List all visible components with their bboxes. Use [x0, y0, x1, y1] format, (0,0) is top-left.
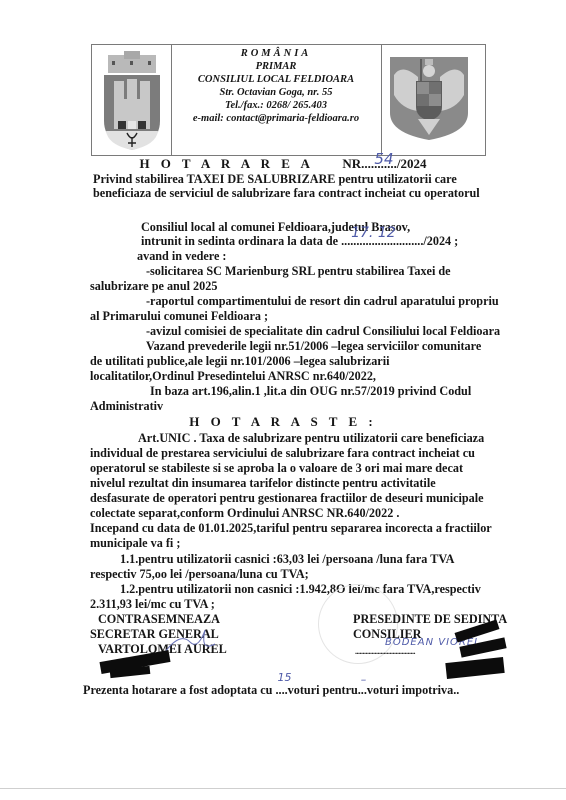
country-name: ROMÂNIA	[172, 47, 380, 60]
letterhead-text: ROMÂNIA PRIMAR CONSILIUL LOCAL FELDIOARA…	[172, 47, 380, 125]
preamble-line-4: -solicitarea SC Marienburg SRL pentru st…	[146, 264, 451, 278]
phone: Tel./fax.: 0268/ 265.403	[172, 99, 380, 112]
adoption-text-mid: ....voturi pentru	[275, 683, 357, 697]
resolution-line-6: colectate separat,conform Ordinului ANRS…	[90, 506, 399, 520]
resolution-line-12: 2.311,93 lei/mc cu TVA ;	[90, 597, 215, 611]
votes-against-handwritten: –	[361, 673, 367, 687]
preamble-line-7: al Primarului comunei Feldioara ;	[90, 309, 268, 323]
adoption-text-prefix: Prezenta hotarare a fost adoptata cu	[83, 683, 275, 697]
resolution-line-5: desfasurate de operatori pentru gestiona…	[90, 491, 484, 505]
decision-title: H O T A R A R E A NR......54...../2024	[0, 156, 566, 172]
preamble-line-10: de utilitati publice,ale legii nr.101/20…	[90, 354, 390, 368]
resolution-heading: H O T A R A S T E :	[0, 414, 566, 430]
document-page: ROMÂNIA PRIMAR CONSILIUL LOCAL FELDIOARA…	[0, 0, 566, 800]
president-signature-line: ........................................	[355, 645, 415, 659]
redaction-mark	[445, 657, 504, 679]
resolution-line-3: operatorul se stabileste si se aproba la…	[90, 461, 463, 475]
preamble-line-9: Vazand prevederile legii nr.51/2006 –leg…	[146, 339, 481, 353]
letterhead-left-cell	[92, 45, 172, 155]
subject-line-2: beneficiaza de serviciul de salubrizare …	[93, 186, 480, 200]
decision-number-handwritten: 54	[374, 150, 393, 168]
email: e-mail: contact@primaria-feldioara.ro	[172, 112, 380, 125]
preamble-line-3: avand in vedere :	[137, 249, 227, 263]
decision-number-prefix: NR.	[342, 156, 364, 171]
council-name: CONSILIUL LOCAL FELDIOARA	[172, 73, 380, 86]
resolution-line-11: 1.2.pentru utilizatorii non casnici :1.9…	[120, 582, 481, 596]
address: Str. Octavian Goga, nr. 55	[172, 86, 380, 99]
preamble-line-5: salubrizare pe anul 2025	[90, 279, 217, 293]
resolution-line-8: municipale va fi ;	[90, 536, 180, 550]
preamble-date-prefix: intrunit in sedinta ordinara la data de	[141, 234, 341, 248]
resolution-line-7: Incepand cu data de 01.01.2025,tariful p…	[90, 521, 492, 535]
preamble-line-6: -raportul compartimentului de resort din…	[146, 294, 499, 308]
resolution-line-2: individual de prestarea serviciului de s…	[90, 446, 475, 460]
page-bottom-edge	[0, 788, 566, 789]
letterhead-right-cell	[381, 45, 486, 155]
resolution-line-4: nivelul rezultat din insumarea tarifelor…	[90, 476, 436, 490]
preamble-line-11: localitatilor,Ordinul Presedintelui ANRS…	[90, 369, 376, 383]
votes-for-handwritten: 15	[277, 671, 291, 685]
preamble-date-suffix: /2024 ;	[423, 234, 458, 248]
adoption-text-suffix: ...voturi impotriva..	[358, 683, 460, 697]
feldioara-coat-of-arms-icon	[100, 51, 164, 151]
preamble-line-12: In baza art.196,alin.1 ,lit.a din OUG nr…	[150, 384, 471, 398]
decision-number-suffix: /2024	[397, 156, 427, 171]
adoption-statement: Prezenta hotarare a fost adoptata cu 15.…	[83, 683, 459, 697]
session-date-handwritten: 17. 12	[351, 226, 396, 240]
resolution-line-9: 1.1.pentru utilizatorii casnici :63,03 l…	[120, 552, 454, 566]
preamble-line-8: -avizul comisiei de specialitate din cad…	[146, 324, 500, 338]
preamble-line-2: intrunit in sedinta ordinara la data de …	[141, 234, 458, 248]
subject-line-1: Privind stabilirea TAXEI DE SALUBRIZARE …	[93, 172, 457, 186]
letterhead-table: ROMÂNIA PRIMAR CONSILIUL LOCAL FELDIOARA…	[91, 44, 486, 156]
office-name: PRIMAR	[172, 60, 380, 73]
preamble-line-13: Administrativ	[90, 399, 163, 413]
resolution-line-10: respectiv 75,oo lei /persoana/luna cu TV…	[90, 567, 309, 581]
resolution-line-1: Art.UNIC . Taxa de salubrizare pentru ut…	[138, 431, 484, 445]
romania-coat-of-arms-icon	[388, 55, 470, 141]
decision-heading: H O T A R A R E A	[139, 156, 313, 171]
